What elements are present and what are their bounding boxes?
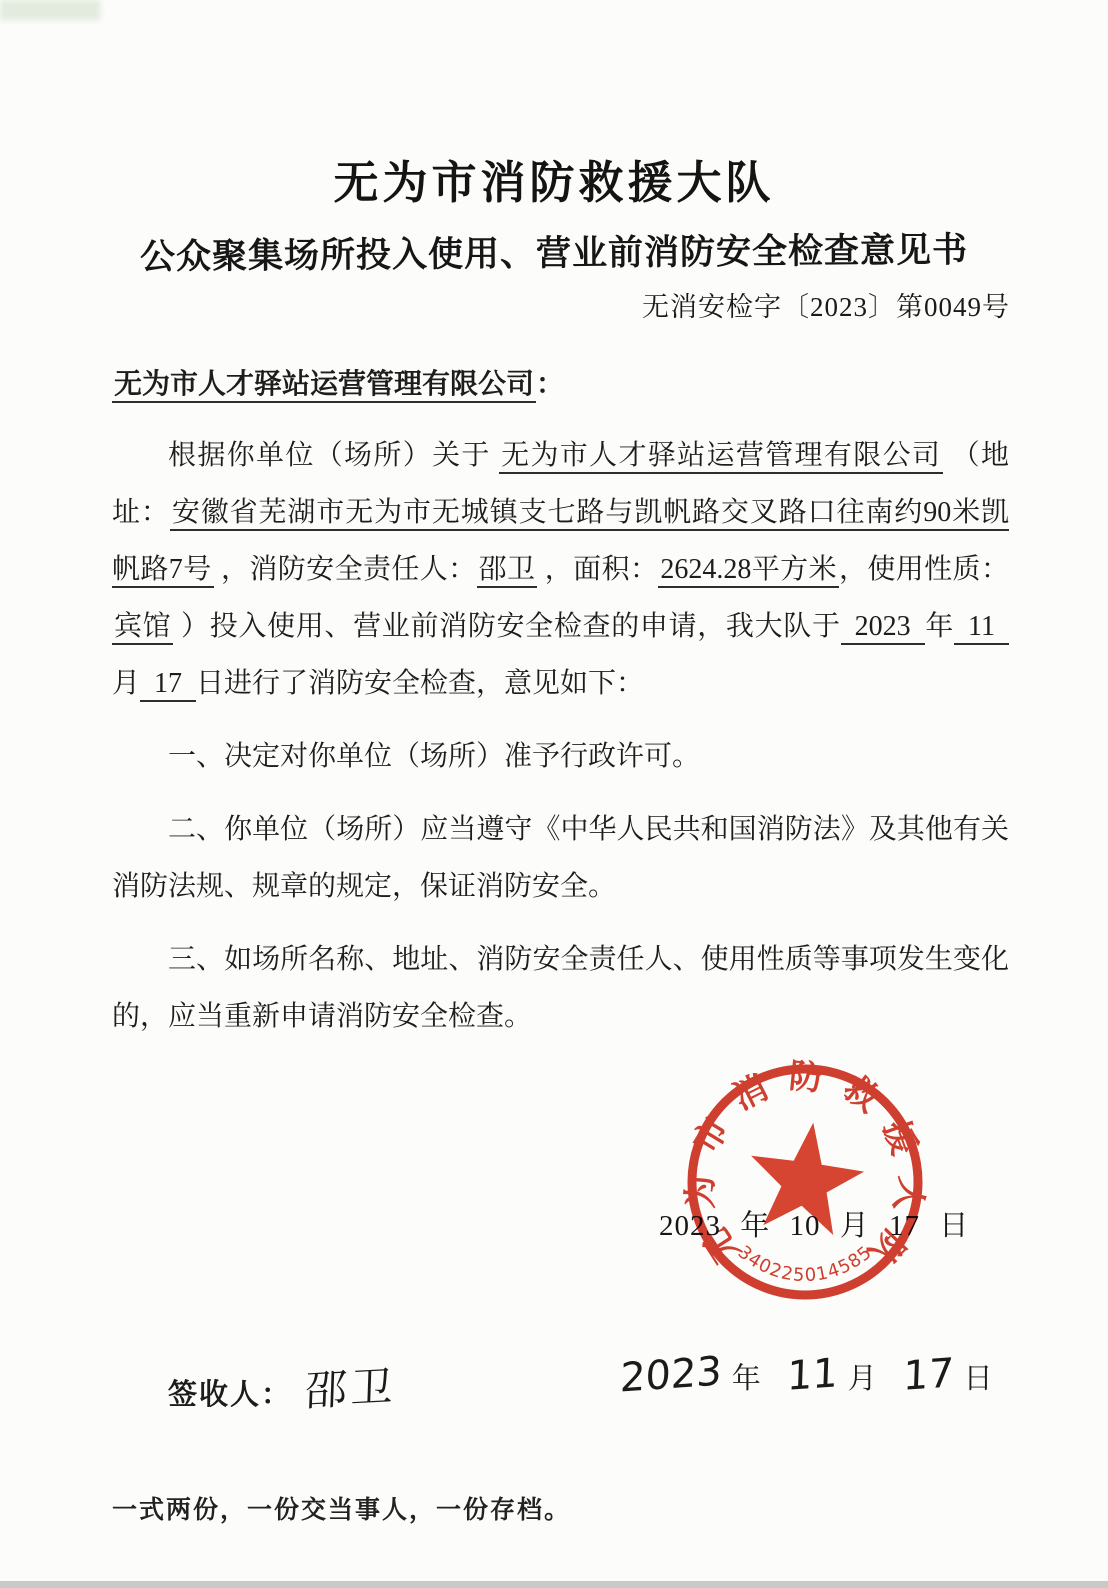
para-text: ，面积：: [537, 554, 658, 585]
document-title: 无为市消防救援大队: [0, 146, 1108, 211]
blank-area: 2624.28平方米: [658, 554, 839, 588]
addressee-colon: ：: [536, 369, 564, 400]
stamp-star-icon: [751, 1123, 864, 1235]
para-text: 年: [925, 611, 954, 642]
official-seal-stamp: 无为市消防救援大队 3402250145859: [653, 1028, 961, 1336]
scanned-document-page: 无为市消防救援大队 公众聚集场所投入使用、营业前消防安全检查意见书 无消安检字〔…: [0, 0, 1108, 1588]
sign-receiver-label: 签收人：: [168, 1372, 292, 1413]
sign-date-month-handwritten: 11: [786, 1350, 838, 1400]
sign-date-year-handwritten: 2023: [619, 1348, 722, 1401]
document-subtitle: 公众聚集场所投入使用、营业前消防安全检查意见书: [0, 221, 1108, 281]
sign-date-day-unit: 日: [964, 1356, 993, 1397]
sign-date-year-unit: 年: [732, 1356, 761, 1397]
blank-company-name: 无为市人才驿站运营管理有限公司: [499, 440, 943, 474]
blank-usage-type: 宾馆: [112, 611, 173, 645]
sign-date-month-unit: 月: [848, 1356, 877, 1397]
para-text: 根据你单位（场所）关于: [168, 440, 499, 471]
blank-month: 11: [954, 611, 1009, 645]
scan-smudge: [0, 0, 100, 20]
main-paragraph: 根据你单位（场所）关于 无为市人才驿站运营管理有限公司 （地址：安徽省芜湖市无为…: [112, 427, 1009, 712]
scan-bottom-edge: [0, 1581, 1108, 1588]
para-text: 月: [112, 668, 140, 699]
para-text: ，消防安全责任人：: [214, 554, 477, 585]
addressee-name: 无为市人才驿站运营管理有限公司: [112, 369, 536, 403]
para-text: ）投入使用、营业前消防安全检查的申请，我大队于: [173, 611, 840, 642]
blank-responsible-person: 邵卫: [477, 554, 538, 588]
document-number: 无消安检字〔2023〕第0049号: [642, 285, 1010, 324]
sign-date: 2023 年 11 月 17 日: [620, 1352, 993, 1398]
blank-day: 17: [140, 668, 196, 702]
blank-year: 2023: [841, 611, 925, 645]
document-body: 无为市人才驿站运营管理有限公司： 根据你单位（场所）关于 无为市人才驿站运营管理…: [112, 356, 1009, 1045]
sign-receiver-name-handwritten: 邵卫: [304, 1353, 398, 1418]
point-2: 二、你单位（场所）应当遵守《中华人民共和国消防法》及其他有关消防法规、规章的规定…: [112, 801, 1009, 915]
para-text: 日进行了消防安全检查，意见如下：: [196, 668, 644, 699]
point-1: 一、决定对你单位（场所）准予行政许可。: [112, 728, 1009, 785]
para-text: ，使用性质：: [839, 554, 1009, 585]
sign-date-day-handwritten: 17: [902, 1350, 954, 1400]
addressee-line: 无为市人才驿站运营管理有限公司：: [112, 356, 1009, 413]
footer-distribution-note: 一式两份，一份交当事人，一份存档。: [112, 1490, 571, 1526]
